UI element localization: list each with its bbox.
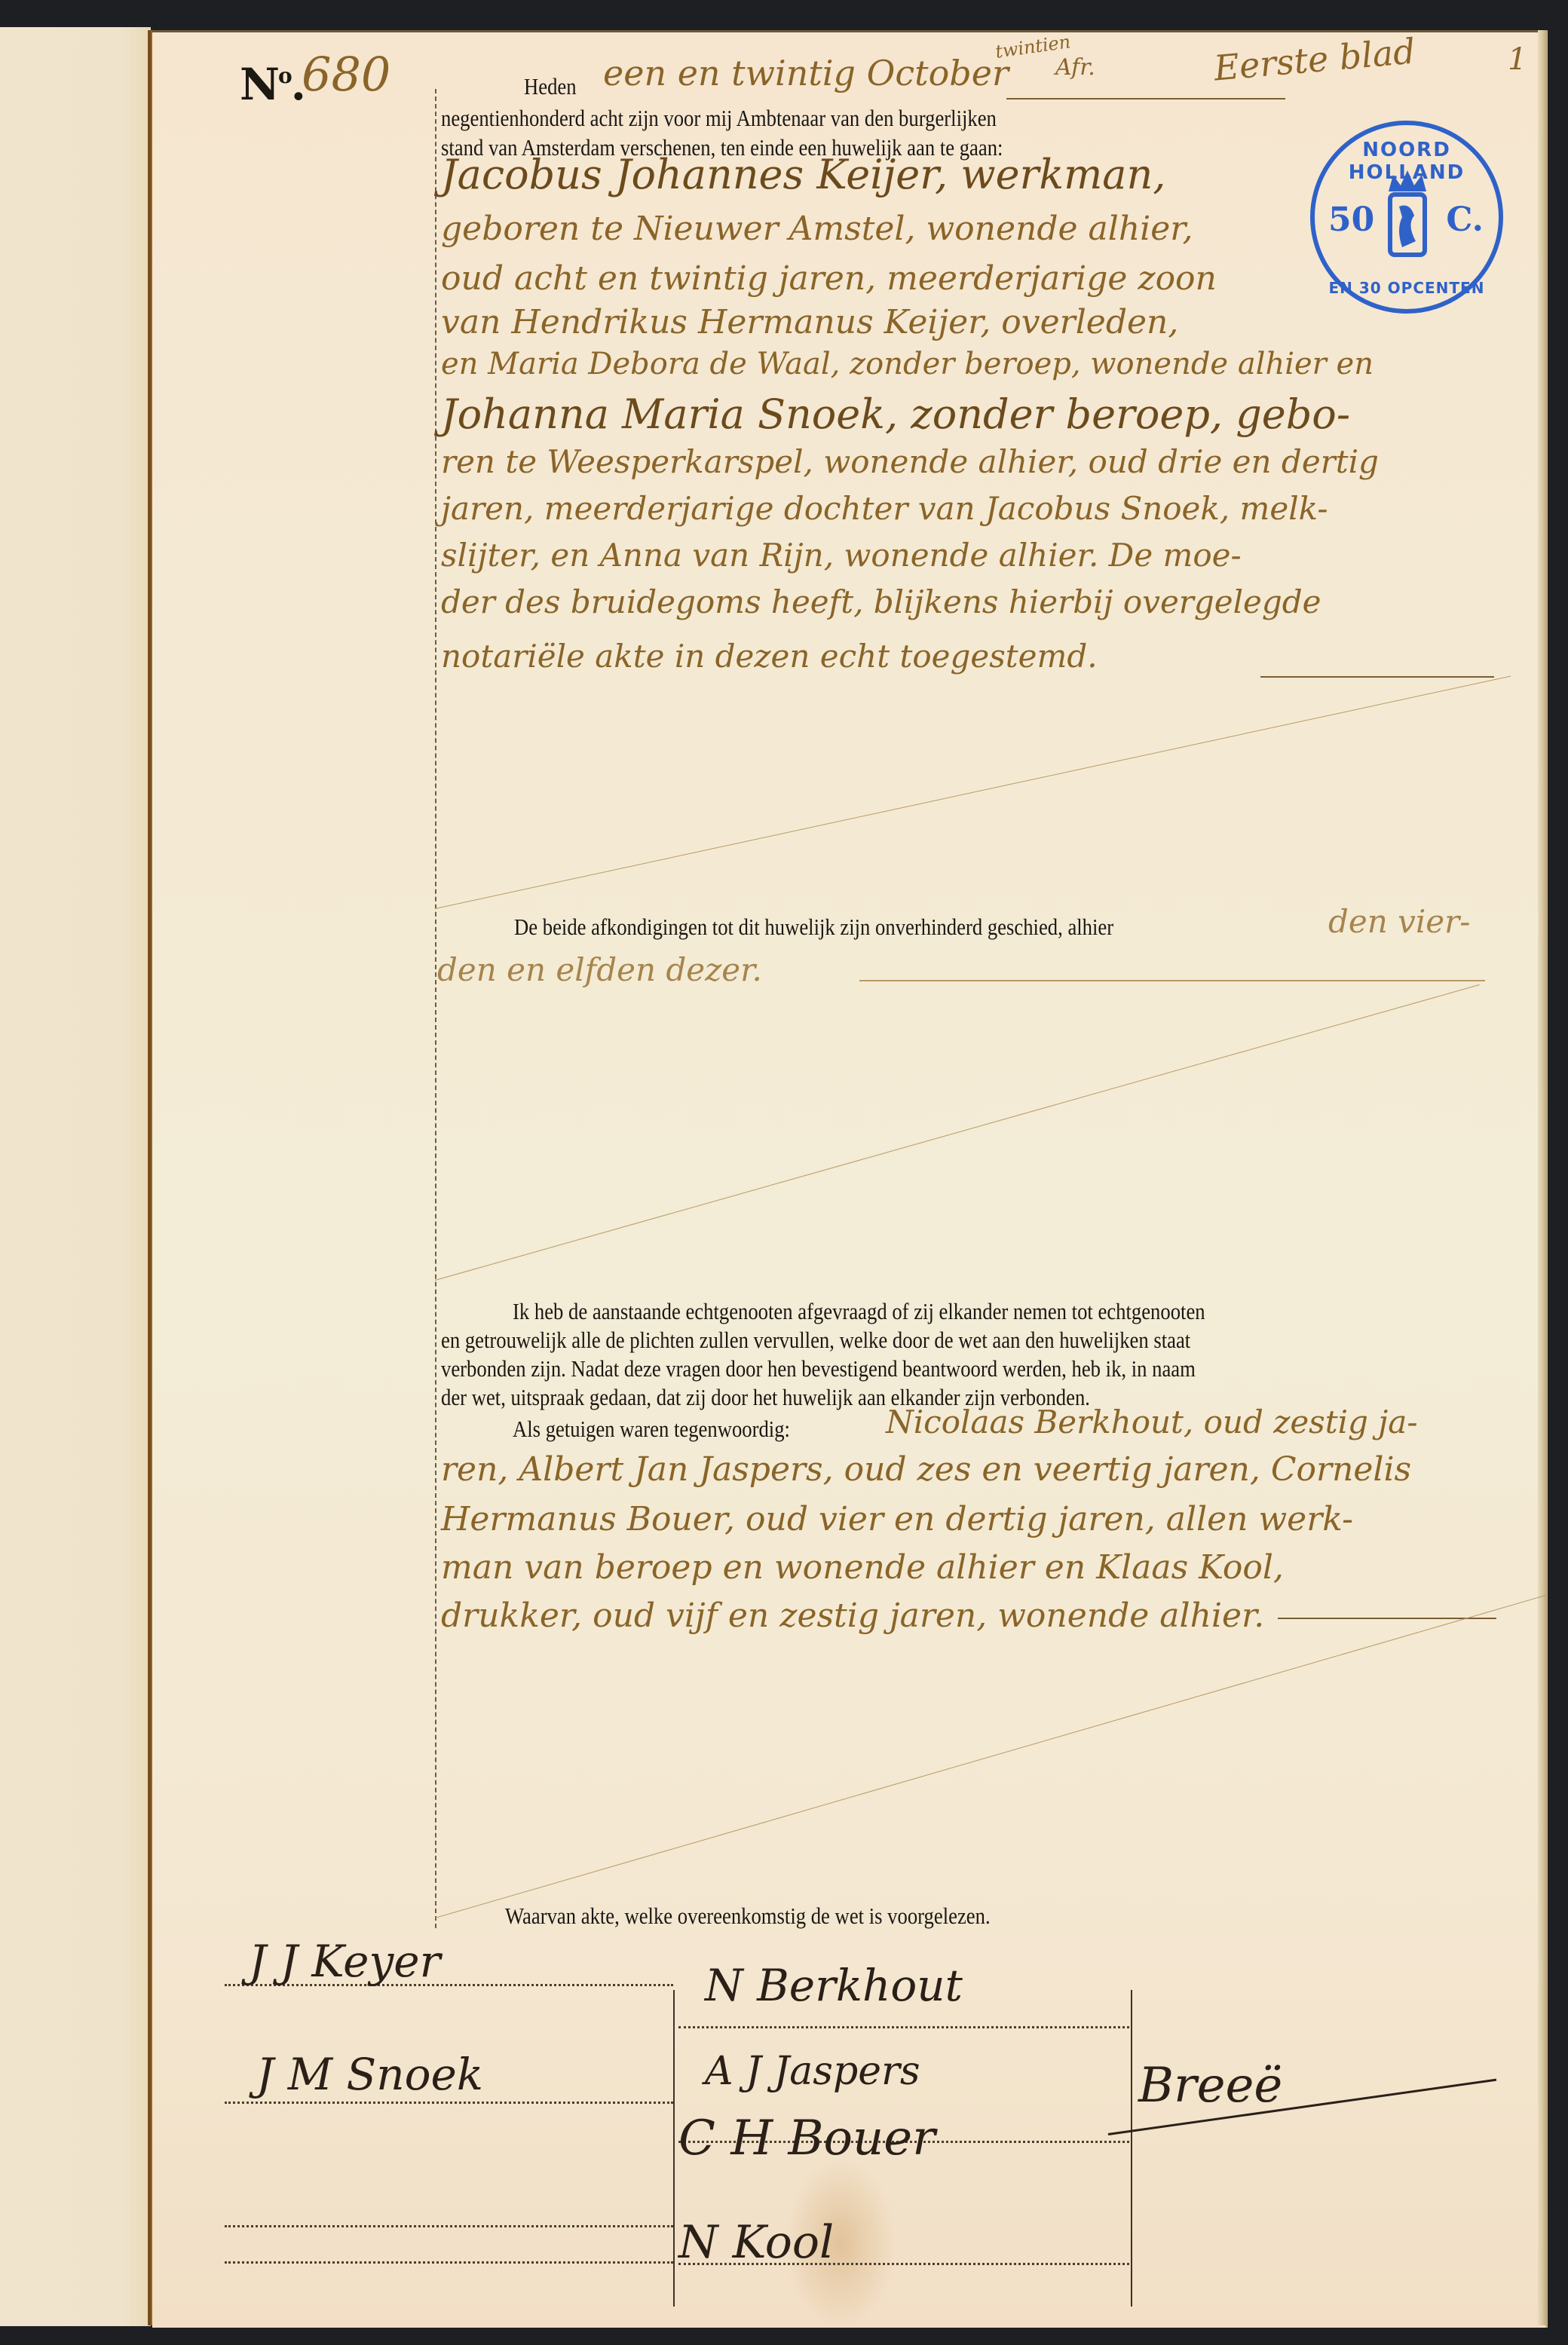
parties-line-9: slijter, en Anna van Rijn, wonende alhie…: [441, 537, 1242, 574]
declaration-line-1: Ik heb de aanstaande echtgenooten afgevr…: [513, 1296, 1205, 1326]
signature-official: Breeë: [1138, 2058, 1282, 2114]
closing-text: Waarvan akte, welke overeenkomstig de we…: [505, 1901, 991, 1930]
signature-column-divider-1: [673, 1990, 675, 2307]
stamp-unit: C.: [1446, 201, 1484, 239]
header-heden: Heden: [524, 72, 577, 101]
proclamations-hand-1: den vier-: [1328, 903, 1470, 940]
signature-row-line: [678, 2026, 1129, 2028]
parties-line-2: geboren te Nieuwer Amstel, wonende alhie…: [441, 210, 1193, 248]
stamp-value: 50: [1328, 201, 1374, 239]
witnesses-line-4: drukker, oud vijf en zestig jaren, wonen…: [441, 1596, 1264, 1635]
signature-witness-3: C H Bouer: [678, 2111, 936, 2166]
margin-dashed-rule: [435, 89, 436, 1928]
certificate-number: 680: [302, 47, 390, 102]
witnesses-line-3: man van beroep en wonende alhier en Klaa…: [441, 1548, 1284, 1587]
signature-row-line: [225, 2102, 673, 2104]
witnesses-line-1: ren, Albert Jan Jaspers, oud zes en veer…: [441, 1450, 1411, 1489]
parties-line-7: ren te Weesperkarspel, wonende alhier, o…: [441, 443, 1379, 480]
signature-row-line: [225, 2225, 673, 2227]
parties-line-4: van Hendrikus Hermanus Keijer, overleden…: [441, 303, 1178, 341]
crown-lion-crest-icon: [1384, 169, 1431, 259]
parties-line-8: jaren, meerderjarige dochter van Jacobus…: [441, 490, 1328, 527]
parties-line-3: oud acht en twintig jaren, meerderjarige…: [441, 259, 1217, 298]
signature-bride: J M Snoek: [256, 2049, 483, 2100]
header-line-2: negentienhonderd acht zijn voor mij Ambt…: [441, 103, 997, 133]
stamp-bottom-text: EN 30 OPCENTEN: [1315, 279, 1499, 297]
declaration-line-3: verbonden zijn. Nadat deze vragen door h…: [441, 1354, 1196, 1383]
signature-column-divider-2: [1131, 1990, 1132, 2307]
header-initials: Afr.: [1055, 54, 1095, 81]
signature-groom: J J Keyer: [249, 1936, 440, 1987]
parties-line-11: notariële akte in dezen echt toegestemd.: [441, 638, 1098, 675]
proclamations-printed: De beide afkondigingen tot dit huwelijk …: [514, 912, 1113, 941]
proclamations-hand-2: den en elfden dezer.: [437, 951, 762, 988]
signature-witness-2: A J Jaspers: [705, 2049, 920, 2094]
witnesses-first: Nicolaas Berkhout, oud zestig ja-: [886, 1404, 1418, 1440]
certificate-number-label: No.: [240, 59, 305, 110]
signature-row-line: [225, 2261, 673, 2264]
adjacent-page: [0, 27, 151, 2326]
page-number: 1: [1508, 42, 1527, 77]
page-edge: [1538, 30, 1547, 2325]
header-date: een en twintig October: [603, 53, 1009, 93]
header-rule: [1006, 98, 1285, 99]
revenue-stamp: NOORD HOLLAND 50 C. EN 30 OPCENTEN: [1310, 121, 1503, 314]
signature-witness-1: N Berkhout: [705, 1960, 963, 2011]
signature-witness-4: N Kool: [678, 2216, 834, 2269]
parties-line-5: en Maria Debora de Waal, zonder beroep, …: [441, 347, 1374, 381]
parties-line-6: Johanna Maria Snoek, zonder beroep, gebo…: [441, 390, 1350, 438]
parties-line-1: Jacobus Johannes Keijer, werkman,: [441, 151, 1165, 198]
witnesses-label: Als getuigen waren tegenwoordig:: [513, 1414, 790, 1443]
proclamations-end-rule: [859, 980, 1485, 981]
parties-line-10: der des bruidegoms heeft, blijkens hierb…: [441, 583, 1321, 620]
declaration-line-2: en getrouwelijk alle de plichten zullen …: [441, 1325, 1190, 1355]
witnesses-line-2: Hermanus Bouer, oud vier en dertig jaren…: [441, 1500, 1353, 1538]
parties-end-rule: [1260, 676, 1494, 678]
